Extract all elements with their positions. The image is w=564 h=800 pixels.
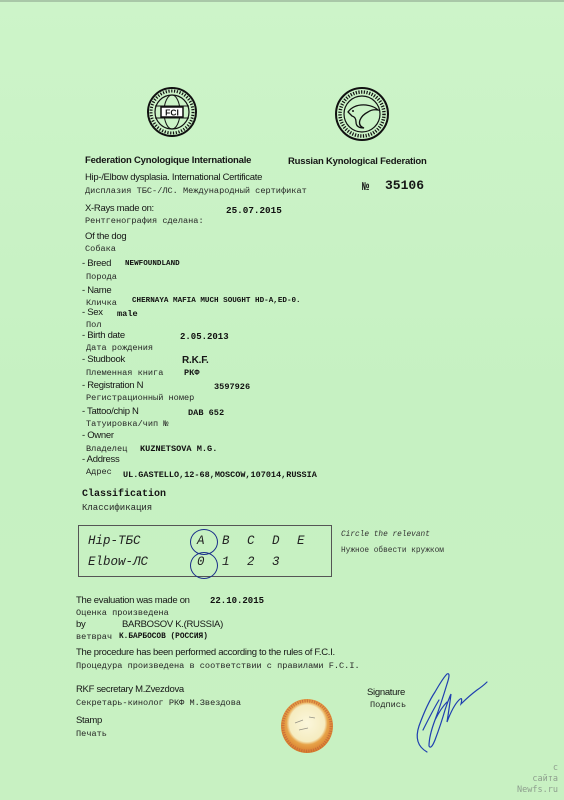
certificate-page: FCI Federation Cynologique International… xyxy=(0,0,564,800)
birth-label-en: - Birth date xyxy=(82,330,125,341)
sex-label-ru: Пол xyxy=(86,320,101,330)
studbook-value-ru: РКФ xyxy=(184,368,199,378)
evaluation-label-ru: Оценка произведена xyxy=(76,608,169,618)
hip-label: Hip-ТБС xyxy=(88,534,141,548)
hip-grade-C: C xyxy=(247,534,255,548)
certificate-number: 35106 xyxy=(385,178,424,193)
stamp-label-ru: Печать xyxy=(76,729,107,739)
breed-label-ru: Порода xyxy=(86,272,117,282)
hip-grade-B: B xyxy=(222,534,230,548)
rkf-logo-icon xyxy=(334,86,390,142)
signature-label-en: Signature xyxy=(367,687,405,698)
sex-value: male xyxy=(117,309,138,319)
dog-section-ru: Собака xyxy=(85,244,116,254)
breed-label-en: - Breed xyxy=(82,258,111,269)
evaluation-date: 22.10.2015 xyxy=(210,596,264,606)
owner-label-ru: Владелец xyxy=(86,444,127,454)
address-label-en: - Address xyxy=(82,454,119,465)
studbook-label-ru: Племенная книга xyxy=(86,368,163,378)
circle-note-en: Circle the relevant xyxy=(341,531,430,539)
xray-label-en: X-Rays made on: xyxy=(85,203,154,214)
tattoo-value: DAB 652 xyxy=(188,408,224,418)
address-label-ru: Адрес xyxy=(86,467,112,477)
watermark-line-3: Newfs.ru xyxy=(517,785,558,796)
registration-label-en: - Registration N xyxy=(82,380,143,391)
watermark-line-1: с xyxy=(517,763,558,774)
xray-date: 25.07.2015 xyxy=(226,205,282,216)
elbow-selected-circle xyxy=(190,552,218,579)
owner-value: KUZNETSOVA M.G. xyxy=(140,444,217,454)
studbook-label-en: - Studbook xyxy=(82,354,125,365)
owner-label-en: - Owner xyxy=(82,430,114,441)
tattoo-label-ru: Татуировка/чип № xyxy=(86,419,169,429)
classification-title-ru: Классификация xyxy=(82,503,152,513)
secretary-en: RKF secretary M.Zvezdova xyxy=(76,684,184,695)
registration-label-ru: Регистрационный номер xyxy=(86,393,194,403)
xray-label-ru: Рентгенография сделана: xyxy=(85,216,204,226)
name-label-en: - Name xyxy=(82,285,111,296)
address-value: UL.GASTELLO,12-68,MOSCOW,107014,RUSSIA xyxy=(123,470,317,480)
elbow-grade-2: 2 xyxy=(247,555,255,569)
by-label-en: by xyxy=(76,619,85,630)
classification-title-en: Classification xyxy=(82,489,166,500)
vet-name-en: BARBOSOV K.(RUSSIA) xyxy=(122,619,223,630)
hip-grade-E: E xyxy=(297,534,305,548)
procedure-ru: Процедура произведена в соответствии с п… xyxy=(76,661,360,671)
signature-icon[interactable] xyxy=(405,670,495,758)
stamp-label-en: Stamp xyxy=(76,715,102,726)
rkf-stamp-icon xyxy=(279,697,335,755)
elbow-grade-3: 3 xyxy=(272,555,280,569)
birth-value: 2.05.2013 xyxy=(180,332,229,342)
tattoo-label-en: - Tattoo/chip N xyxy=(82,406,139,417)
secretary-ru: Секретарь-кинолог РКФ М.Звездова xyxy=(76,698,241,708)
org-right-name: Russian Kynological Federation xyxy=(288,156,427,167)
birth-label-ru: Дата рождения xyxy=(86,343,153,353)
certificate-number-sign: № xyxy=(362,180,369,194)
watermark: с сайта Newfs.ru xyxy=(517,763,558,796)
by-label-ru: ветврач xyxy=(76,632,112,642)
studbook-value-en: R.K.F. xyxy=(182,355,209,366)
watermark-line-2: сайта xyxy=(517,774,558,785)
hip-grade-D: D xyxy=(272,534,280,548)
registration-value: 3597926 xyxy=(214,382,250,392)
evaluation-label-en: The evaluation was made on xyxy=(76,595,190,606)
elbow-grade-1: 1 xyxy=(222,555,230,569)
title-ru: Дисплазия ТБС-/ЛС. Международный сертифи… xyxy=(85,186,307,196)
signature-label-ru: Подпись xyxy=(370,700,406,710)
vet-name-ru: К.БАРБОСОВ (РОССИЯ) xyxy=(119,633,208,641)
svg-text:FCI: FCI xyxy=(165,108,179,118)
name-value: CHERNAYA MAFIA MUCH SOUGHT HD-A,ED-0. xyxy=(132,297,301,305)
fci-logo-icon: FCI xyxy=(146,86,198,138)
circle-note-ru: Нужное обвести кружком xyxy=(341,547,444,555)
elbow-label: Elbow-ЛС xyxy=(88,555,148,569)
breed-value: NEWFOUNDLAND xyxy=(125,260,180,268)
org-left-name: Federation Cynologique Internationale xyxy=(85,155,251,166)
title-en: Hip-/Elbow dysplasia. International Cert… xyxy=(85,172,262,183)
sex-label-en: - Sex xyxy=(82,307,103,318)
procedure-en: The procedure has been performed accordi… xyxy=(76,647,335,658)
dog-section-en: Of the dog xyxy=(85,231,126,242)
